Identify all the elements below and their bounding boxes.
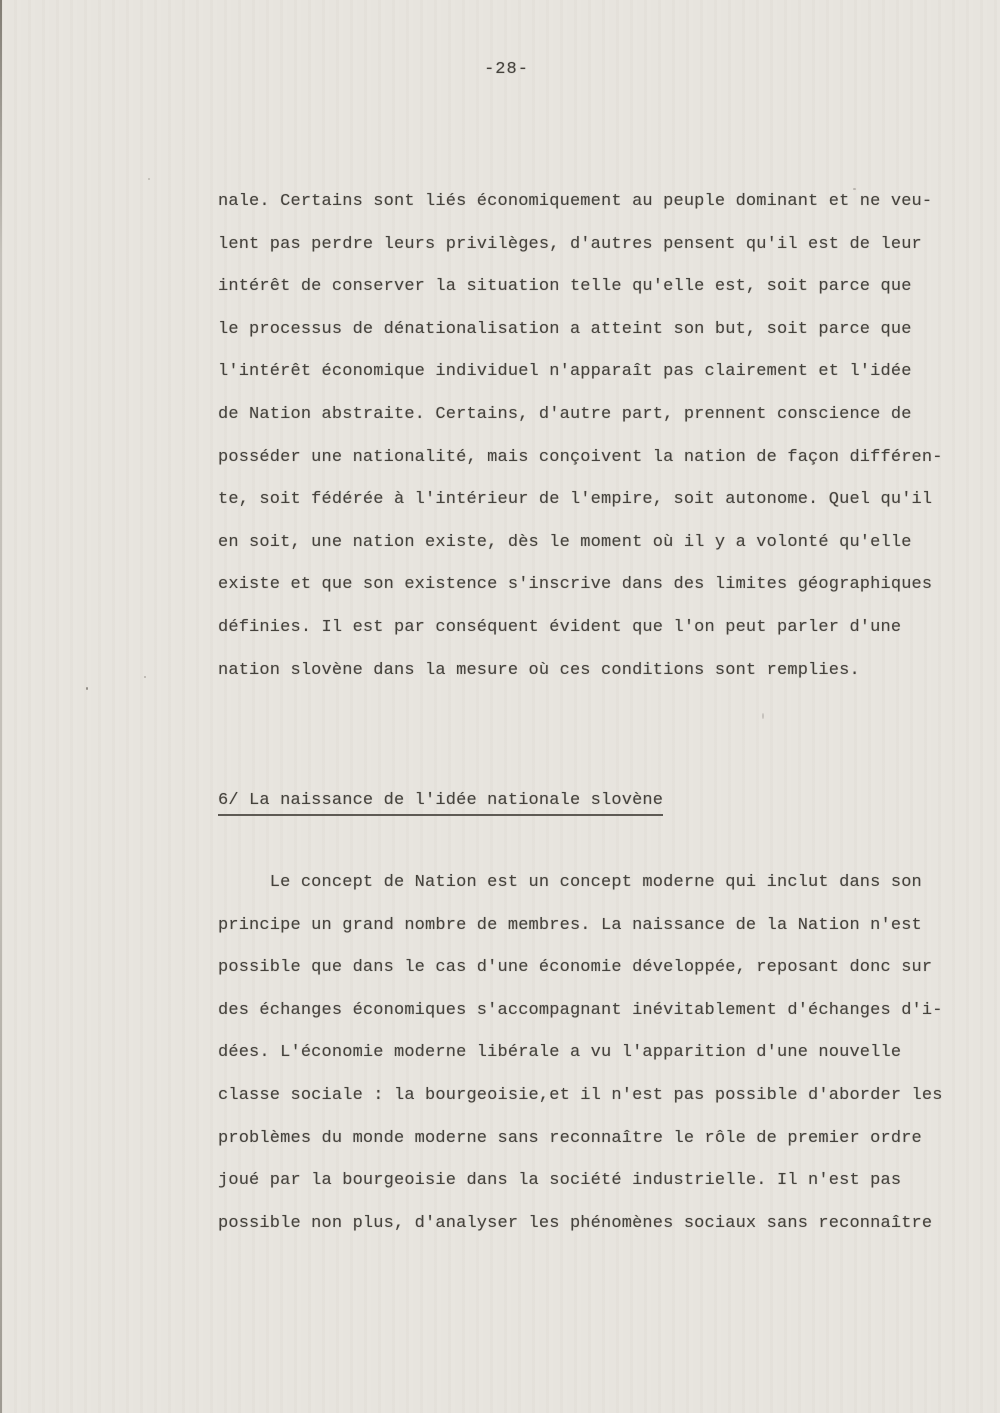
scan-left-edge-shadow bbox=[0, 0, 2, 1413]
paper-speck bbox=[148, 178, 150, 180]
text-line: nation slovène dans la mesure où ces con… bbox=[218, 650, 958, 693]
text-line: en soit, une nation existe, dès le momen… bbox=[218, 522, 958, 565]
text-line: le processus de dénationalisation a atte… bbox=[218, 309, 958, 352]
text-line: posséder une nationalité, mais conçoiven… bbox=[218, 437, 958, 480]
paper-speck bbox=[86, 687, 88, 690]
paper-speck bbox=[144, 676, 146, 678]
text-line: de Nation abstraite. Certains, d'autre p… bbox=[218, 394, 958, 437]
text-line: problèmes du monde moderne sans reconnaî… bbox=[218, 1118, 958, 1161]
scanned-document-page: { "page": { "number_label": "-28-" }, "c… bbox=[0, 0, 1000, 1413]
text-line: l'intérêt économique individuel n'appara… bbox=[218, 351, 958, 394]
text-line: lent pas perdre leurs privilèges, d'autr… bbox=[218, 224, 958, 267]
text-line: principe un grand nombre de membres. La … bbox=[218, 905, 958, 948]
section-heading-naissance-idee-nationale: 6/ La naissance de l'idée nationale slov… bbox=[218, 791, 663, 816]
paper-speck bbox=[762, 713, 764, 719]
page-number: -28- bbox=[0, 60, 1000, 79]
text-line: joué par la bourgeoisie dans la société … bbox=[218, 1160, 958, 1203]
section-heading-text: 6/ La naissance de l'idée nationale slov… bbox=[218, 791, 663, 816]
text-line: Le concept de Nation est un concept mode… bbox=[218, 862, 958, 905]
text-line: des échanges économiques s'accompagnant … bbox=[218, 990, 958, 1033]
text-line: possible non plus, d'analyser les phénom… bbox=[218, 1203, 958, 1246]
paper-speck bbox=[853, 188, 856, 190]
text-line: possible que dans le cas d'une économie … bbox=[218, 947, 958, 990]
text-line: classe sociale : la bourgeoisie,et il n'… bbox=[218, 1075, 958, 1118]
text-line: existe et que son existence s'inscrive d… bbox=[218, 564, 958, 607]
text-line: intérêt de conserver la situation telle … bbox=[218, 266, 958, 309]
paragraph-continuation-national-feeling: nale. Certains sont liés économiquement … bbox=[218, 181, 958, 692]
paragraph-concept-de-nation: Le concept de Nation est un concept mode… bbox=[218, 862, 958, 1245]
text-line: te, soit fédérée à l'intérieur de l'empi… bbox=[218, 479, 958, 522]
text-line: nale. Certains sont liés économiquement … bbox=[218, 181, 958, 224]
text-line: dées. L'économie moderne libérale a vu l… bbox=[218, 1032, 958, 1075]
text-line: définies. Il est par conséquent évident … bbox=[218, 607, 958, 650]
